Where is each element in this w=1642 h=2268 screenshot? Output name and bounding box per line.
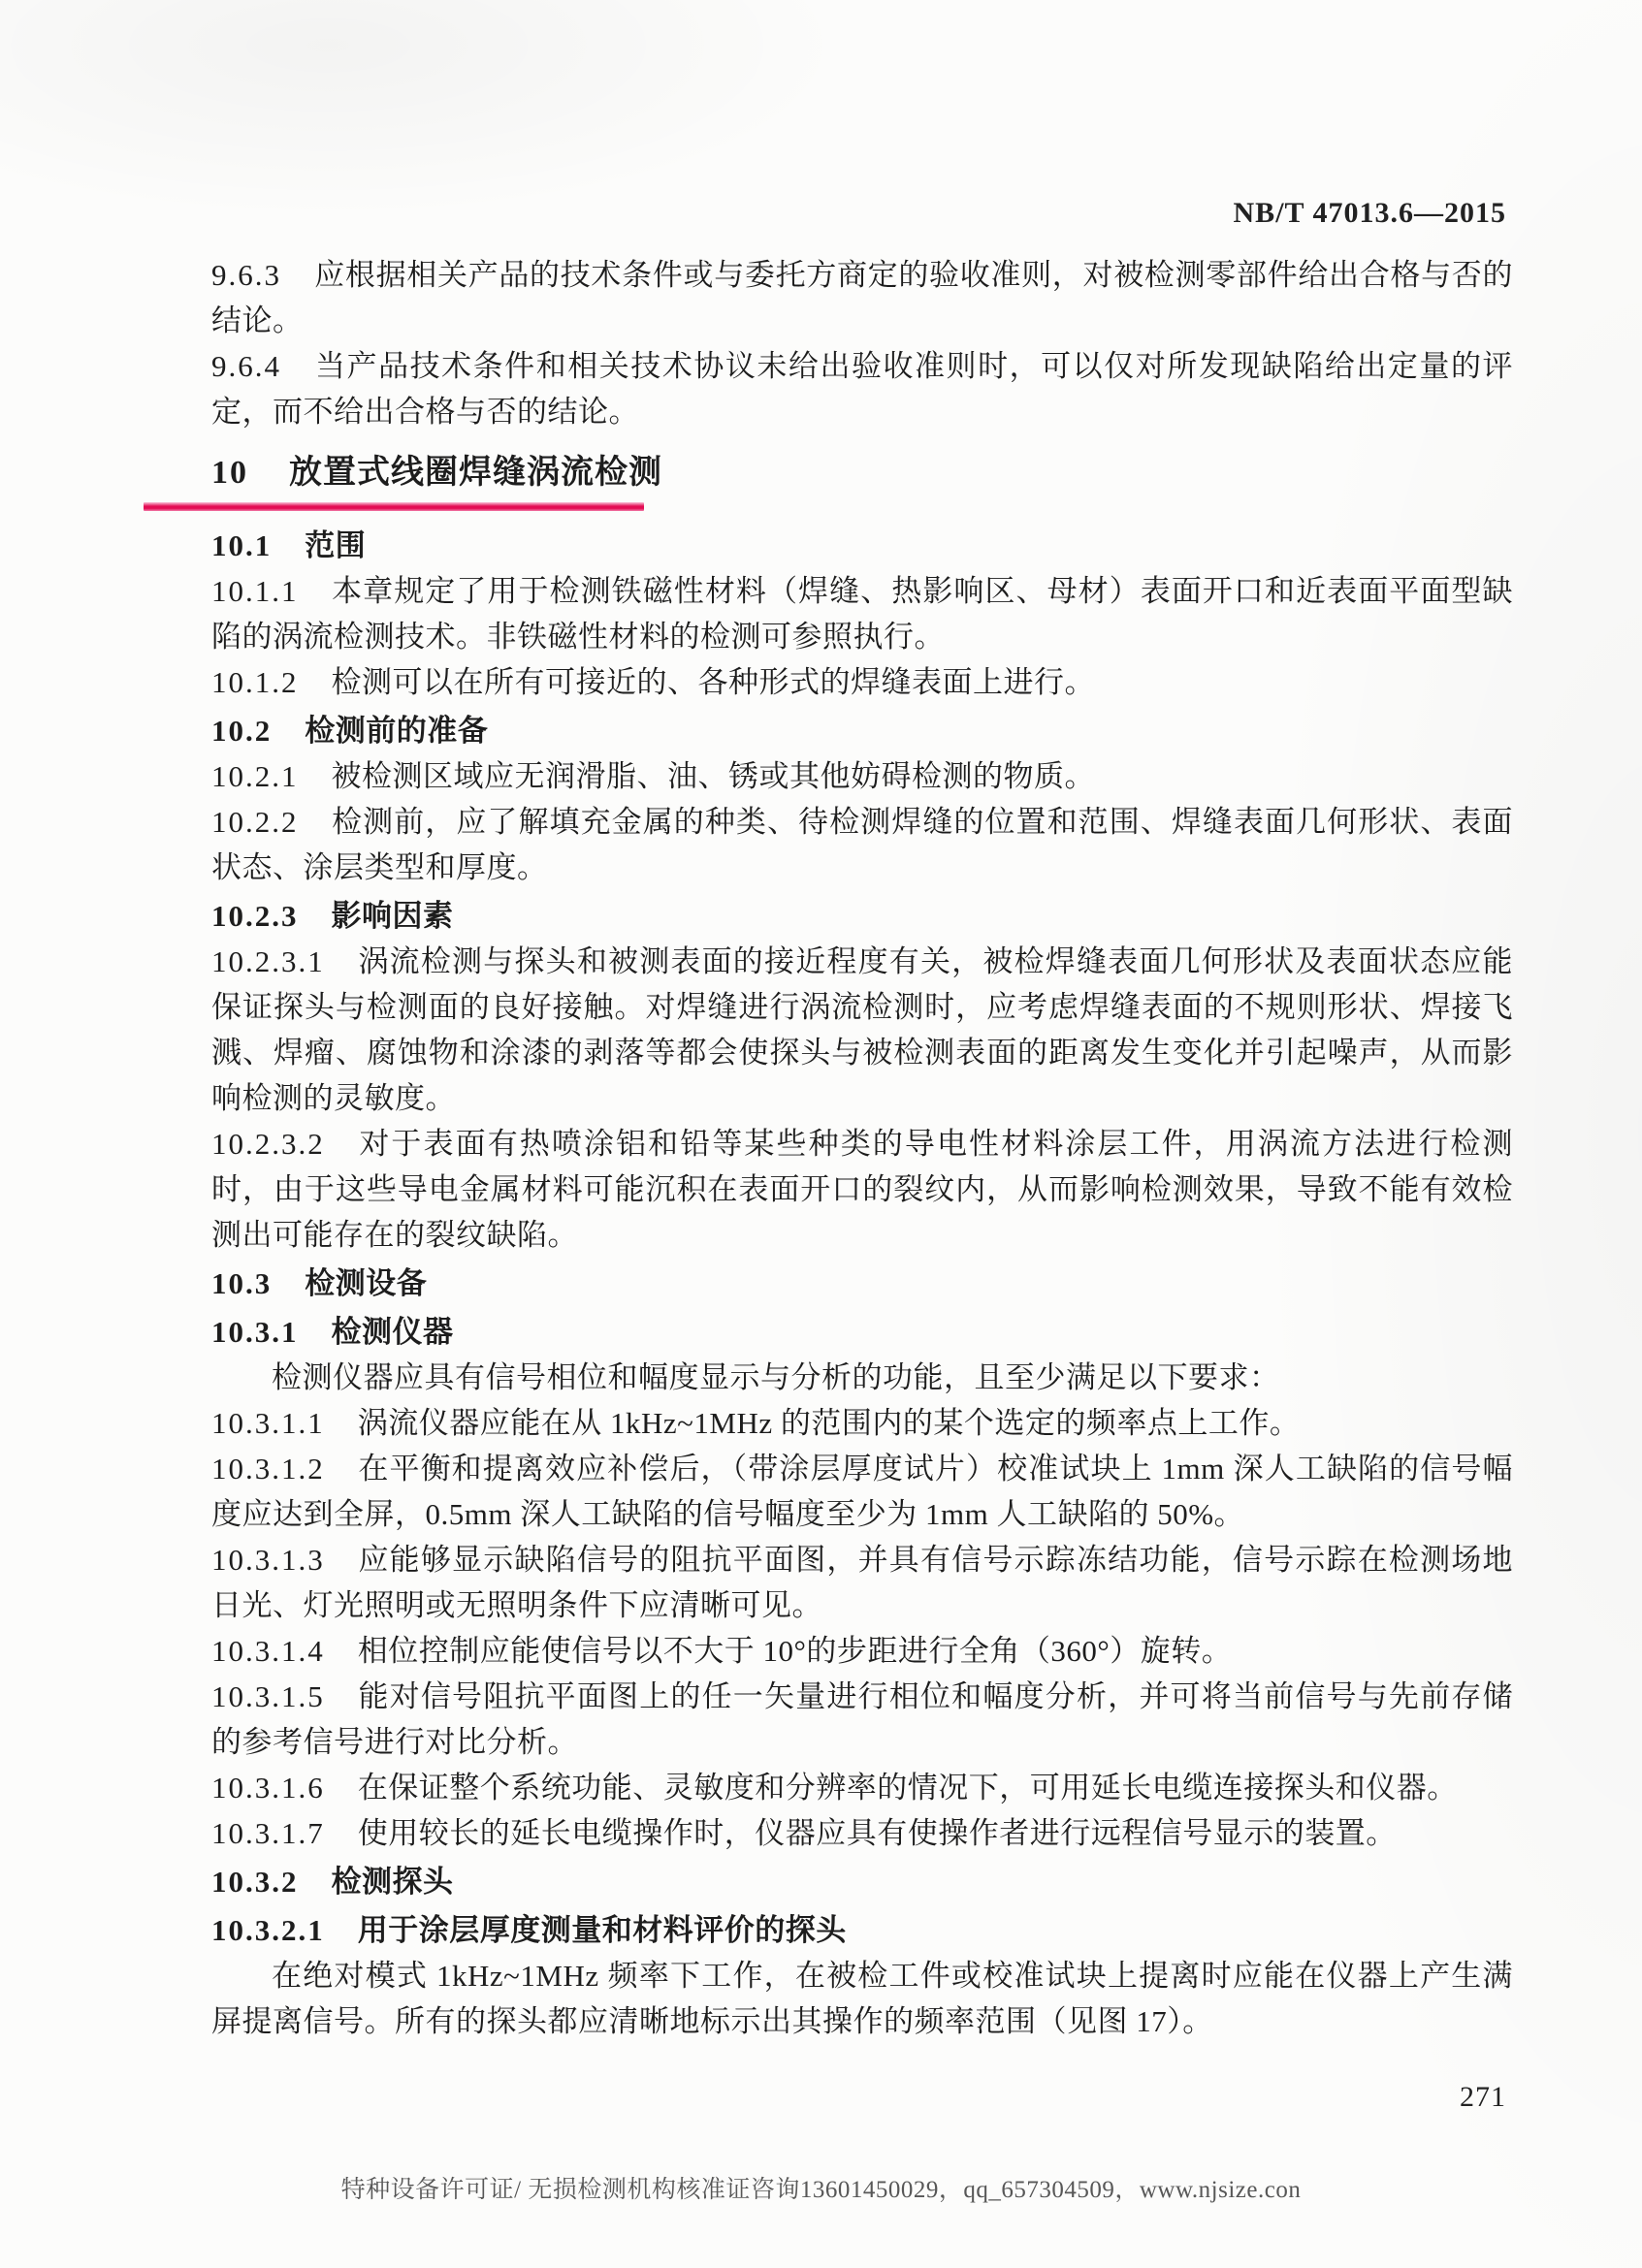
section-heading: 10.3.2.1用于涂层厚度测量和材料评价的探头 <box>211 1907 1513 1953</box>
clause-number: 9.6.4 <box>211 343 281 389</box>
clause-number: 10.2.2 <box>211 799 299 845</box>
section-heading: 10.1范围 <box>211 523 1513 568</box>
clause-text: 检测前的准备 <box>305 714 488 748</box>
paragraph: 10.3.1.5能对信号阻抗平面图上的任一矢量进行相位和幅度分析，并可将当前信号… <box>211 1674 1513 1765</box>
clause-number: 10.1 <box>211 523 272 568</box>
clause-number: 10.3.2.1 <box>211 1907 325 1953</box>
standard-number-header: NB/T 47013.6—2015 <box>0 197 1506 230</box>
clause-number: 10.2.1 <box>211 753 299 799</box>
clause-text: 范围 <box>305 528 366 562</box>
paragraph: 10.2.1被检测区域应无润滑脂、油、锈或其他妨碍检测的物质。 <box>211 753 1513 799</box>
clause-number: 10.3.1.7 <box>211 1810 325 1856</box>
clause-number: 10.3.1.4 <box>211 1628 325 1674</box>
clause-number: 10.3.1.6 <box>211 1765 325 1810</box>
section-heading: 10.3.1检测仪器 <box>211 1309 1513 1355</box>
paragraph: 10.3.1.3应能够显示缺陷信号的阻抗平面图，并具有信号示踪冻结功能，信号示踪… <box>211 1537 1513 1628</box>
clause-text: 使用较长的延长电缆操作时，仪器应具有使操作者进行远程信号显示的装置。 <box>358 1816 1397 1850</box>
clause-number: 10.2.3 <box>211 893 299 939</box>
clause-text: 应根据相关产品的技术条件或与委托方商定的验收准则，对被检测零部件给出合格与否的结… <box>211 258 1513 337</box>
page-number: 271 <box>1460 2081 1506 2114</box>
paragraph: 10.2.2检测前，应了解填充金属的种类、待检测焊缝的位置和范围、焊缝表面几何形… <box>211 799 1513 890</box>
clause-number: 10.2.3.2 <box>211 1121 325 1166</box>
clause-text: 在平衡和提离效应补偿后，（带涂层厚度试片）校准试块上 1mm 深人工缺陷的信号幅… <box>211 1452 1513 1531</box>
clause-number: 10.3.1.3 <box>211 1537 325 1582</box>
clause-number: 10.1.1 <box>211 568 299 614</box>
clause-number: 10.3.2 <box>211 1859 299 1904</box>
document-page: NB/T 47013.6—2015 9.6.3应根据相关产品的技术条件或与委托方… <box>0 0 1642 2268</box>
document-body: 9.6.3应根据相关产品的技术条件或与委托方商定的验收准则，对被检测零部件给出合… <box>211 252 1513 2044</box>
paragraph: 9.6.4当产品技术条件和相关技术协议未给出验收准则时，可以仅对所发现缺陷给出定… <box>211 343 1513 434</box>
paragraph: 10.3.1.2在平衡和提离效应补偿后，（带涂层厚度试片）校准试块上 1mm 深… <box>211 1446 1513 1537</box>
paragraph-list: 9.6.3应根据相关产品的技术条件或与委托方商定的验收准则，对被检测零部件给出合… <box>211 252 1513 2044</box>
clause-text: 检测前，应了解填充金属的种类、待检测焊缝的位置和范围、焊缝表面几何形状、表面状态… <box>211 805 1513 884</box>
clause-text: 涡流检测与探头和被测表面的接近程度有关，被检焊缝表面几何形状及表面状态应能保证探… <box>211 944 1513 1115</box>
clause-number: 10.3.1.2 <box>211 1446 325 1491</box>
clause-number: 9.6.3 <box>211 252 281 298</box>
clause-number: 10.3.1.5 <box>211 1674 325 1719</box>
clause-text: 在绝对模式 1kHz~1MHz 频率下工作，在被检工件或校准试块上提离时应能在仪… <box>211 1959 1513 2038</box>
paragraph: 10.1.1本章规定了用于检测铁磁性材料（焊缝、热影响区、母材）表面开口和近表面… <box>211 568 1513 659</box>
clause-text: 检测设备 <box>305 1266 427 1300</box>
clause-text: 涡流仪器应能在从 1kHz~1MHz 的范围内的某个选定的频率点上工作。 <box>358 1406 1301 1440</box>
clause-text: 本章规定了用于检测铁磁性材料（焊缝、热影响区、母材）表面开口和近表面平面型缺陷的… <box>211 574 1513 654</box>
chapter-underline-accent <box>144 502 644 511</box>
clause-text: 放置式线圈焊缝涡流检测 <box>289 455 662 491</box>
clause-text: 能对信号阻抗平面图上的任一矢量进行相位和幅度分析，并可将当前信号与先前存储的参考… <box>211 1679 1513 1759</box>
clause-number: 10.3 <box>211 1261 272 1306</box>
clause-text: 相位控制应能使信号以不大于 10°的步距进行全角（360°）旋转。 <box>358 1634 1233 1668</box>
clause-text: 对于表面有热喷涂铝和铅等某些种类的导电性材料涂层工件，用涡流方法进行检测时，由于… <box>211 1127 1513 1252</box>
clause-text: 在保证整个系统功能、灵敏度和分辨率的情况下，可用延长电缆连接探头和仪器。 <box>358 1771 1458 1805</box>
clause-number: 10 <box>211 450 248 495</box>
chapter-heading: 10放置式线圈焊缝涡流检测 <box>211 450 1513 495</box>
paragraph: 10.3.1.4相位控制应能使信号以不大于 10°的步距进行全角（360°）旋转… <box>211 1628 1513 1674</box>
section-heading: 10.3.2检测探头 <box>211 1859 1513 1904</box>
clause-number: 10.1.2 <box>211 659 299 705</box>
clause-text: 被检测区域应无润滑脂、油、锈或其他妨碍检测的物质。 <box>332 759 1096 793</box>
clause-text: 用于涂层厚度测量和材料评价的探头 <box>358 1913 847 1947</box>
paragraph: 10.2.3.1涡流检测与探头和被测表面的接近程度有关，被检焊缝表面几何形状及表… <box>211 939 1513 1121</box>
clause-number: 10.2.3.1 <box>211 939 325 984</box>
clause-number: 10.3.1.1 <box>211 1400 325 1446</box>
clause-text: 影响因素 <box>332 899 454 933</box>
paragraph: 检测仪器应具有信号相位和幅度显示与分析的功能，且至少满足以下要求： <box>211 1355 1513 1400</box>
paragraph: 在绝对模式 1kHz~1MHz 频率下工作，在被检工件或校准试块上提离时应能在仪… <box>211 1953 1513 2044</box>
paragraph: 10.1.2检测可以在所有可接近的、各种形式的焊缝表面上进行。 <box>211 659 1513 705</box>
watermark-text: 特种设备许可证/ 无损检测机构核准证咨询13601450029，qq_65730… <box>0 2170 1642 2205</box>
clause-text: 检测仪器 <box>332 1315 454 1349</box>
paragraph: 10.3.1.6在保证整个系统功能、灵敏度和分辨率的情况下，可用延长电缆连接探头… <box>211 1765 1513 1810</box>
clause-text: 检测可以在所有可接近的、各种形式的焊缝表面上进行。 <box>332 665 1096 699</box>
section-heading: 10.3检测设备 <box>211 1261 1513 1306</box>
paragraph: 10.2.3.2对于表面有热喷涂铝和铅等某些种类的导电性材料涂层工件，用涡流方法… <box>211 1121 1513 1258</box>
clause-text: 当产品技术条件和相关技术协议未给出验收准则时，可以仅对所发现缺陷给出定量的评定，… <box>211 349 1513 429</box>
paragraph: 10.3.1.7使用较长的延长电缆操作时，仪器应具有使操作者进行远程信号显示的装… <box>211 1810 1513 1856</box>
paragraph: 9.6.3应根据相关产品的技术条件或与委托方商定的验收准则，对被检测零部件给出合… <box>211 252 1513 343</box>
paragraph: 10.3.1.1涡流仪器应能在从 1kHz~1MHz 的范围内的某个选定的频率点… <box>211 1400 1513 1446</box>
clause-text: 应能够显示缺陷信号的阻抗平面图，并具有信号示踪冻结功能，信号示踪在检测场地日光、… <box>211 1543 1513 1622</box>
section-heading: 10.2.3影响因素 <box>211 893 1513 939</box>
clause-number: 10.2 <box>211 708 272 753</box>
clause-number: 10.3.1 <box>211 1309 299 1355</box>
section-heading: 10.2检测前的准备 <box>211 708 1513 753</box>
clause-text: 检测探头 <box>332 1865 454 1899</box>
clause-text: 检测仪器应具有信号相位和幅度显示与分析的功能，且至少满足以下要求： <box>272 1360 1280 1394</box>
